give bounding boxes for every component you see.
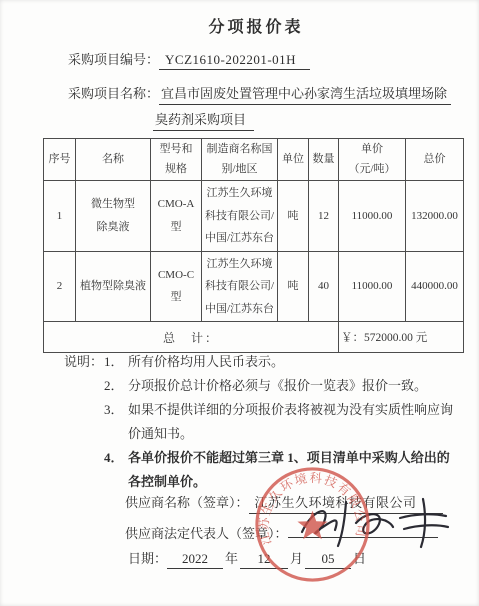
col-header-unit-price: 单价 （元/吨） (339, 139, 406, 181)
col-header-unit: 单位 (278, 139, 309, 181)
cell-unit: 吨 (278, 181, 309, 252)
cell-seq: 2 (44, 251, 76, 322)
cell-seq: 1 (44, 181, 76, 252)
legal-rep-label: 供应商法定代表人（签章）： (125, 526, 288, 541)
cell-total: 132000.00 (406, 181, 464, 252)
cell-qty: 40 (309, 251, 339, 322)
project-name-value-line1: 宜昌市固废处置管理中心孙家湾生活垃圾填埋场除 (159, 85, 451, 105)
col-header-manufacturer: 制造商名称国 别/地区 (202, 139, 278, 181)
total-label: 总 计： (44, 322, 339, 353)
note-item-2: 2． 分项报价总计价格必须与《报价一览表》报价一致。 (104, 374, 453, 398)
supplier-name-value: 江苏生久环境科技有限公司 (249, 494, 443, 514)
note-number: 3． (104, 398, 128, 446)
notes-label: 说明： (64, 350, 104, 494)
table-row: 2 植物型除臭液 CMO-C 型 江苏生久环境 科技有限公司/ 中国/江苏东台 … (44, 251, 464, 322)
total-value: ￥：572000.00 元 (339, 322, 464, 353)
cell-model: CMO-A 型 (151, 181, 202, 252)
note-number: 1． (104, 350, 128, 374)
note-number: 2． (104, 374, 128, 398)
legal-rep-signature-line (288, 520, 438, 538)
cell-name: 微生物型 除臭液 (76, 181, 151, 252)
project-name-value-line2: 臭药剂采购项目 (153, 111, 254, 131)
note-number: 4． (104, 446, 128, 494)
col-header-name: 名称 (76, 139, 151, 181)
cell-total: 440000.00 (406, 251, 464, 322)
table-header-row: 序号 名称 型号和 规格 制造商名称国 别/地区 单位 数量 单价 （元/吨） … (44, 139, 464, 181)
date-day: 05 (305, 550, 351, 569)
date-row: 日期：2022年12月05日 (128, 548, 368, 569)
cell-qty: 12 (309, 181, 339, 252)
note-text: 分项报价总计价格必须与《报价一览表》报价一致。 (128, 374, 453, 398)
cell-model: CMO-C 型 (151, 251, 202, 322)
project-name-label: 采购项目名称： (68, 86, 159, 101)
date-year-unit: 年 (223, 551, 240, 566)
cell-manufacturer: 江苏生久环境 科技有限公司/ 中国/江苏东台 (202, 251, 278, 322)
date-month-unit: 月 (288, 551, 305, 566)
price-table: 序号 名称 型号和 规格 制造商名称国 别/地区 单位 数量 单价 （元/吨） … (43, 138, 464, 353)
project-name-row: 采购项目名称：宜昌市固废处置管理中心孙家湾生活垃圾填埋场除 (68, 83, 451, 105)
cell-unit-price: 11000.00 (339, 181, 406, 252)
date-label: 日期： (128, 551, 167, 566)
date-day-unit: 日 (351, 551, 368, 566)
note-item-3: 3． 如果不提供详细的分项报价表将被视为没有实质性响应询 价通知书。 (104, 398, 453, 446)
project-name-row-2: 臭药剂采购项目 (153, 111, 254, 131)
table-total-row: 总 计： ￥：572000.00 元 (44, 322, 464, 353)
project-number-value: YCZ1610-202201-01H (159, 51, 310, 70)
note-item-4: 4． 各单价报价不能超过第三章 1、项目清单中采购人给出的 各控制单价。 (104, 446, 453, 494)
cell-unit-price: 11000.00 (339, 251, 406, 322)
cell-unit: 吨 (278, 251, 309, 322)
legal-rep-row: 供应商法定代表人（签章）： (125, 520, 438, 542)
notes-section: 说明： 1． 所有价格均用人民币表示。 2． 分项报价总计价格必须与《报价一览表… (64, 350, 470, 494)
note-item-1: 1． 所有价格均用人民币表示。 (104, 350, 453, 374)
supplier-name-label: 供应商名称（签章）： (125, 495, 249, 510)
table-row: 1 微生物型 除臭液 CMO-A 型 江苏生久环境 科技有限公司/ 中国/江苏东… (44, 181, 464, 252)
col-header-model: 型号和 规格 (151, 139, 202, 181)
date-month: 12 (240, 550, 288, 569)
cell-name: 植物型除臭液 (76, 251, 151, 322)
col-header-qty: 数量 (309, 139, 339, 181)
cell-manufacturer: 江苏生久环境 科技有限公司/ 中国/江苏东台 (202, 181, 278, 252)
project-number-row: 采购项目编号：YCZ1610-202201-01H (68, 49, 310, 70)
supplier-name-row: 供应商名称（签章）：江苏生久环境科技有限公司 (125, 492, 443, 514)
date-year: 2022 (167, 550, 223, 569)
col-header-total: 总价 (406, 139, 464, 181)
quotation-document: 分项报价表 采购项目编号：YCZ1610-202201-01H 采购项目名称：宜… (0, 0, 479, 606)
note-text: 所有价格均用人民币表示。 (128, 350, 453, 374)
note-text: 如果不提供详细的分项报价表将被视为没有实质性响应询 价通知书。 (128, 398, 453, 446)
col-header-seq: 序号 (44, 139, 76, 181)
note-text: 各单价报价不能超过第三章 1、项目清单中采购人给出的 各控制单价。 (128, 446, 453, 494)
notes-list: 1． 所有价格均用人民币表示。 2． 分项报价总计价格必须与《报价一览表》报价一… (104, 350, 453, 494)
project-number-label: 采购项目编号： (68, 52, 159, 67)
page-title: 分项报价表 (46, 14, 466, 37)
